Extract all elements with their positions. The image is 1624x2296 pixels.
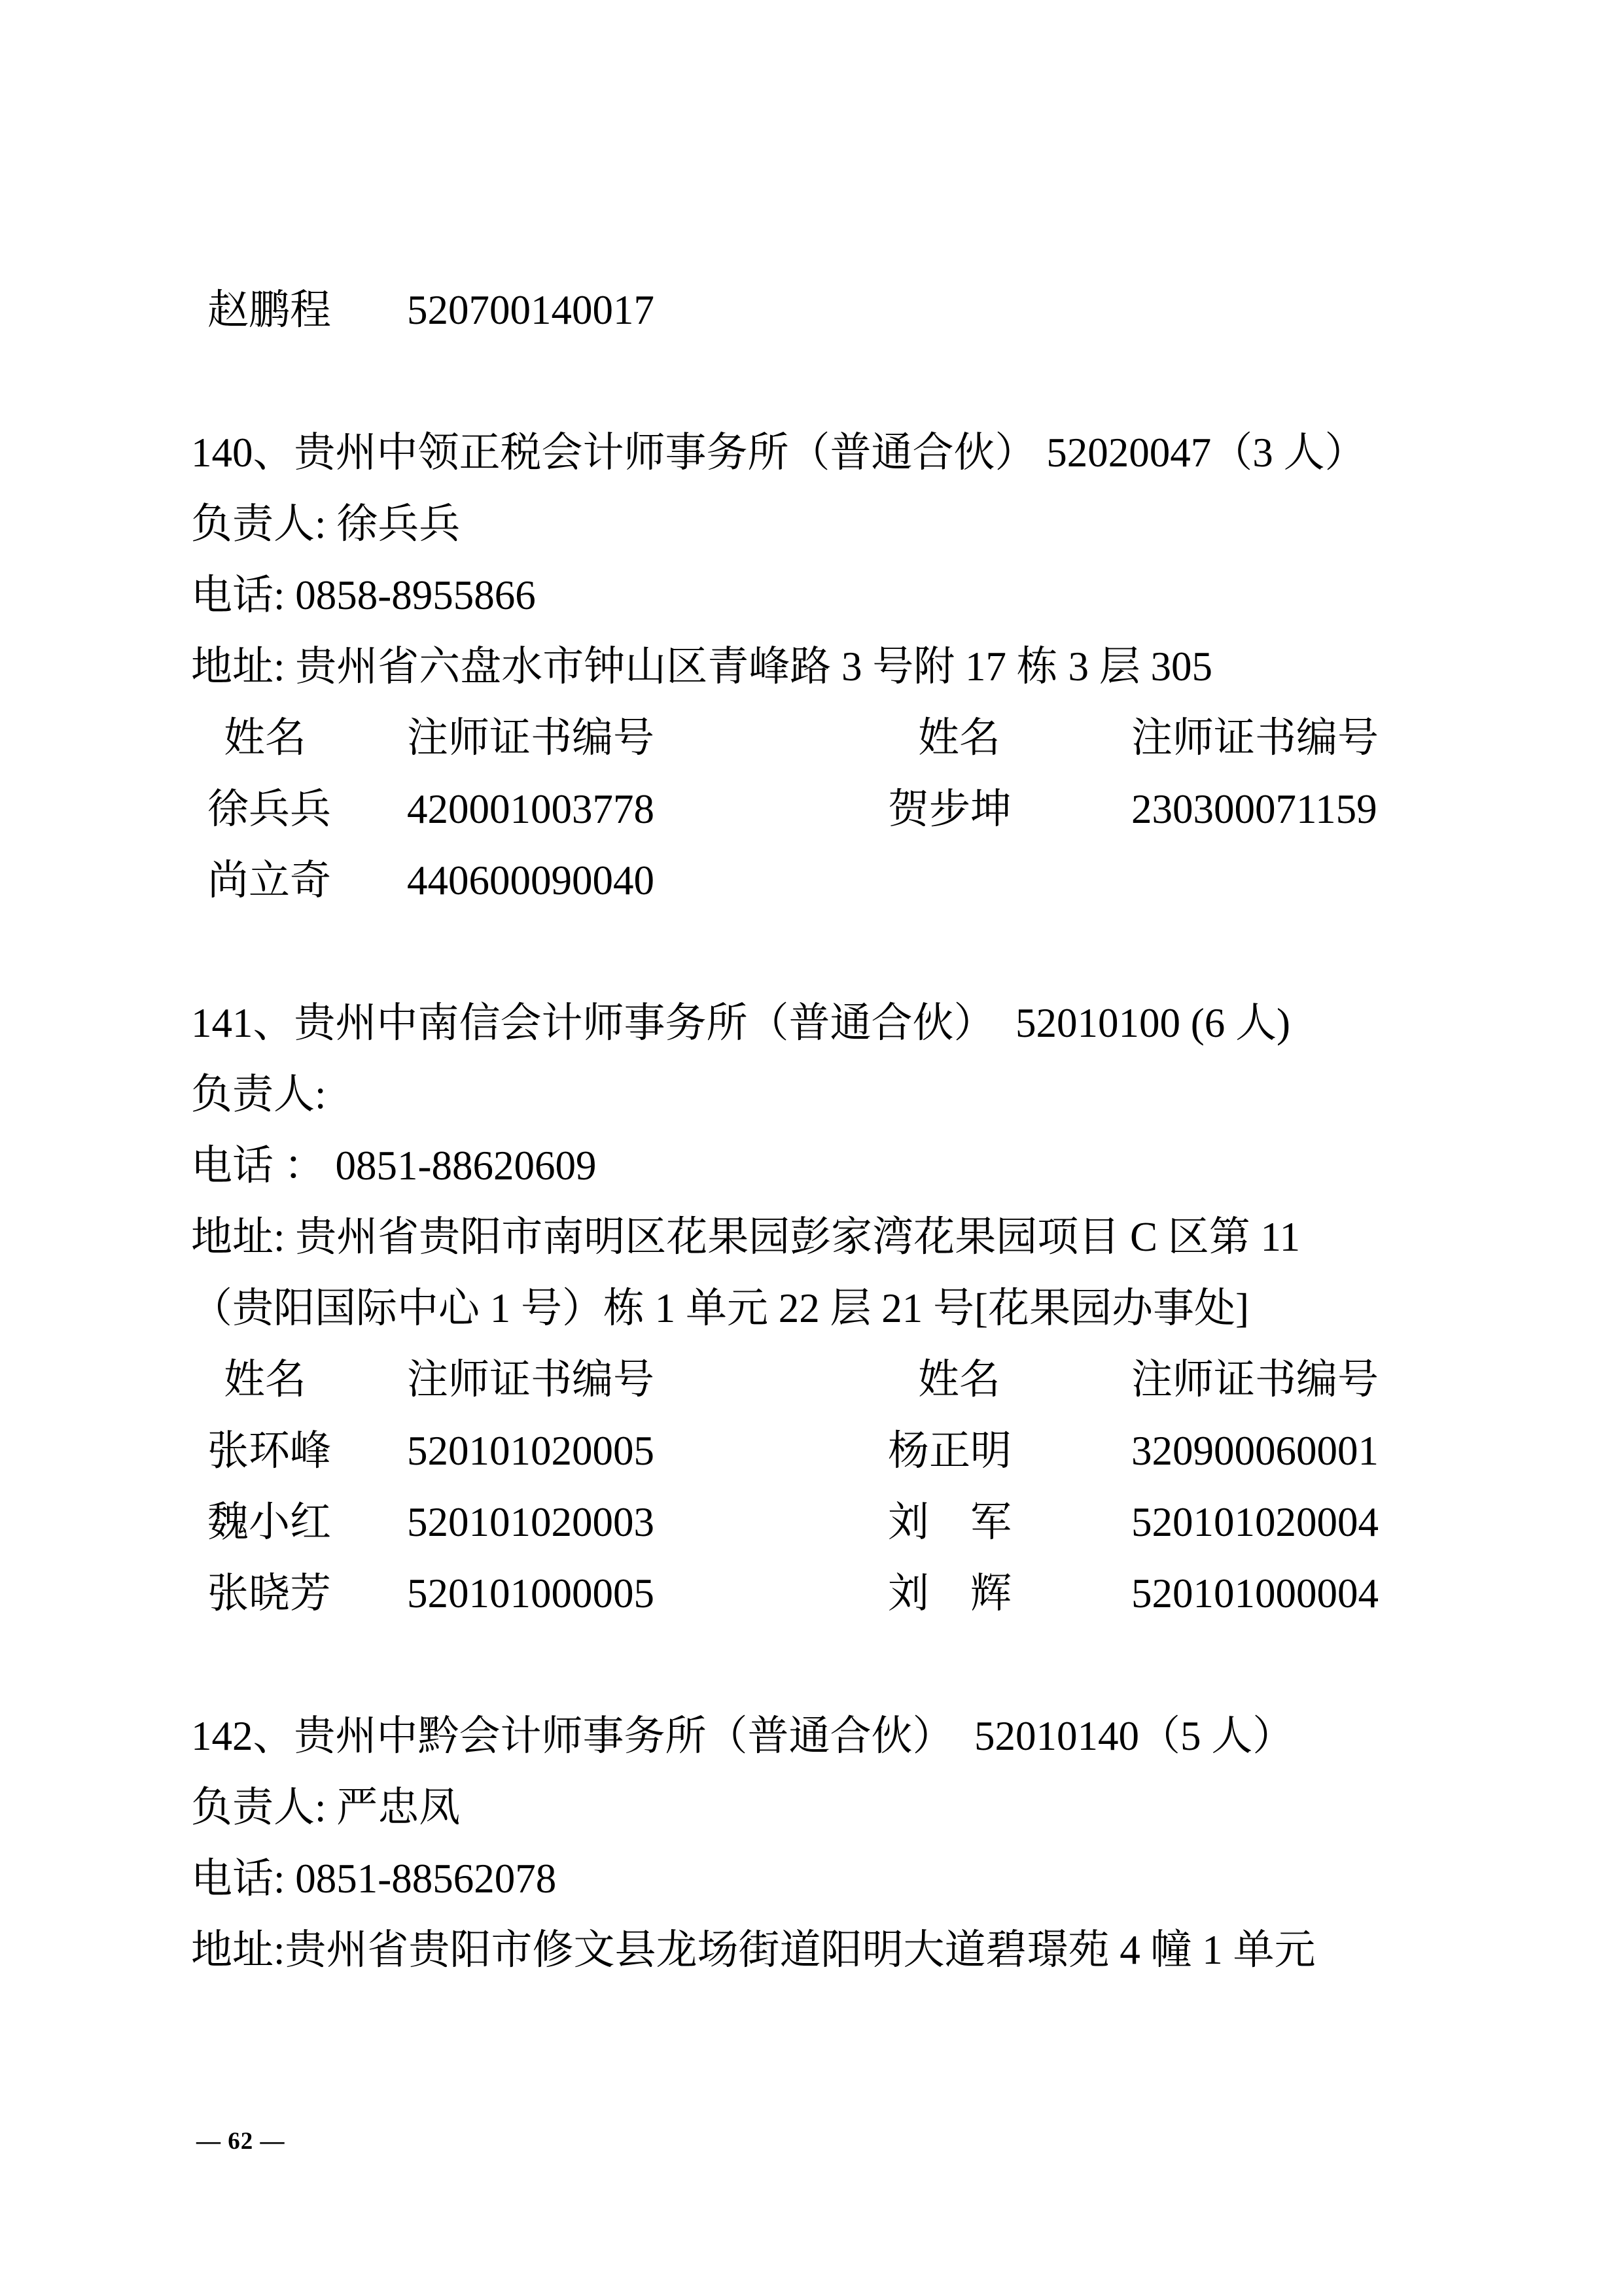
member-cert-no: 520101000004: [1131, 1558, 1379, 1629]
member-row: 张晓芳 520101000005 刘 辉 520101000004: [191, 1558, 1526, 1629]
address-line: （贵阳国际中心 1 号）栋 1 单元 22 层 21 号[花果园办事处]: [191, 1273, 1526, 1344]
address-line: 地址: 贵州省六盘水市钟山区青峰路 3 号附 17 栋 3 层 305: [191, 631, 1526, 703]
col-header-name: 姓名: [224, 1344, 306, 1416]
member-row: 张环峰 520101020005 杨正明 320900060001: [191, 1416, 1526, 1487]
member-name: 魏小红: [207, 1487, 331, 1558]
member-name: 尚立奇: [207, 845, 331, 916]
col-header-name: 姓名: [918, 1344, 1000, 1416]
member-name: 刘 辉: [888, 1558, 1012, 1629]
member-cert-no: 320900060001: [1131, 1416, 1379, 1487]
address-line: 地址:贵州省贵阳市修文县龙场街道阳明大道碧璟苑 4 幢 1 单元: [191, 1915, 1526, 1986]
page-number: — 62 —: [196, 2127, 285, 2155]
member-row: 徐兵兵 420001003778 贺步坤 230300071159: [191, 774, 1526, 845]
member-name: 贺步坤: [888, 774, 1012, 845]
col-header-certno: 注师证书编号: [1131, 703, 1379, 774]
member-cert-no: 420001003778: [407, 774, 654, 845]
member-cert-no: 520101020003: [407, 1487, 654, 1558]
table-header-row: 姓名 注师证书编号 姓名 注师证书编号: [191, 1344, 1526, 1416]
member-row: 魏小红 520101020003 刘 军 520101020004: [191, 1487, 1526, 1558]
leader-line: 负责人:: [191, 1059, 1526, 1130]
phone-line: 电话: 0858-8955866: [191, 560, 1526, 631]
member-cert-no: 230300071159: [1131, 774, 1377, 845]
member-name: 刘 军: [888, 1487, 1012, 1558]
member-cert-no: 440600090040: [407, 845, 654, 916]
member-cert-no: 520700140017: [407, 275, 654, 346]
member-name: 张晓芳: [207, 1558, 331, 1629]
leader-line: 负责人: 徐兵兵: [191, 489, 1526, 560]
leader-line: 负责人: 严忠凤: [191, 1772, 1526, 1843]
table-header-row: 姓名 注师证书编号 姓名 注师证书编号: [191, 703, 1526, 774]
col-header-name: 姓名: [918, 703, 1000, 774]
member-cert-no: 520101000005: [407, 1558, 654, 1629]
col-header-certno: 注师证书编号: [1131, 1344, 1379, 1416]
address-line: 地址: 贵州省贵阳市南明区花果园彭家湾花果园项目 C 区第 11: [191, 1202, 1526, 1273]
member-cert-no: 520101020005: [407, 1416, 654, 1487]
member-name: 赵鹏程: [207, 275, 331, 346]
page-content: 赵鹏程 520700140017 140、贵州中领正税会计师事务所（普通合伙） …: [191, 275, 1526, 1986]
firm-heading: 140、贵州中领正税会计师事务所（普通合伙） 52020047（3 人）: [191, 417, 1526, 489]
col-header-name: 姓名: [224, 703, 306, 774]
member-cert-no: 520101020004: [1131, 1487, 1379, 1558]
col-header-certno: 注师证书编号: [407, 1344, 654, 1416]
member-name: 张环峰: [207, 1416, 331, 1487]
phone-line: 电话: 0851-88562078: [191, 1843, 1526, 1915]
member-row: 赵鹏程 520700140017: [191, 275, 1526, 346]
member-name: 杨正明: [888, 1416, 1012, 1487]
col-header-certno: 注师证书编号: [407, 703, 654, 774]
member-row: 尚立奇 440600090040: [191, 845, 1526, 916]
firm-heading: 141、贵州中南信会计师事务所（普通合伙） 52010100 (6 人): [191, 988, 1526, 1059]
document-page: 赵鹏程 520700140017 140、贵州中领正税会计师事务所（普通合伙） …: [0, 0, 1624, 2296]
firm-heading: 142、贵州中黔会计师事务所（普通合伙） 52010140（5 人）: [191, 1701, 1526, 1772]
member-name: 徐兵兵: [207, 774, 331, 845]
phone-line: 电话 ： 0851-88620609: [191, 1130, 1526, 1202]
